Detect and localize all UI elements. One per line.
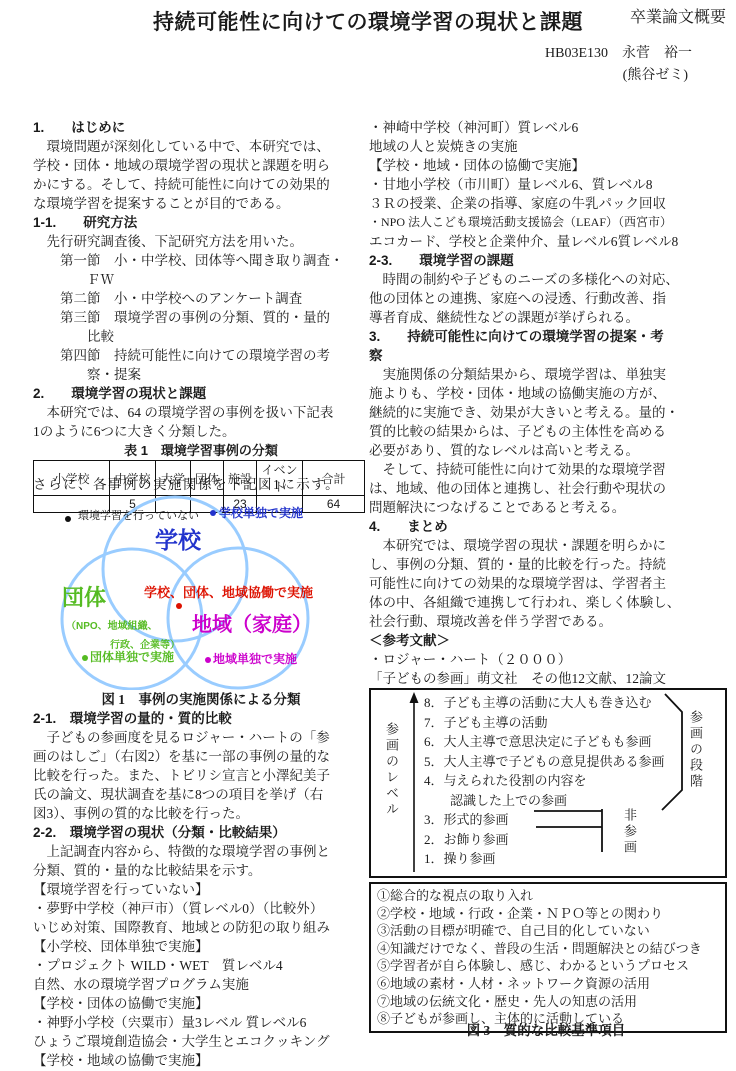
text-line: 上記調査内容から、特徴的な環境学習の事例と — [33, 842, 369, 861]
text-line: 画のはしご」（右図2）を基に一部の事例の量的な — [33, 747, 369, 766]
text-line: 時間の制約や子どものニーズの多様化への対応、 — [369, 270, 729, 289]
text-line: 第三節 環境学習の事例の分類、質的・量的 — [33, 308, 369, 327]
right-column: ・神崎中学校（神河町）質レベル6地域の人と炭焼きの実施【学校・地域・団体の協働で… — [369, 118, 729, 1040]
text-line: 4．与えられた役割の内容を — [424, 771, 665, 791]
region-only-dot-marker — [205, 657, 211, 663]
figure1-caption: 図 1 事例の実施関係による分類 — [33, 690, 369, 709]
text-line: ⑥地域の素材・人材・ネットワーク資源の活用 — [377, 975, 719, 993]
text-line: 地域の人と炭焼きの実施 — [369, 137, 729, 156]
group-only-dot-marker — [82, 655, 88, 661]
venn-label-group: 団体 — [62, 587, 106, 609]
text-line: ⑤学習者が自ら体験し、感じ、わかるというプロセス — [377, 957, 719, 975]
text-line: 学校・団体・地域の環境学習の現状と課題を明ら — [33, 156, 369, 175]
text-line: そして、持続可能性に向けて効果的な環境学習 — [369, 460, 729, 479]
seminar-line: (熊谷ゼミ) — [623, 64, 688, 84]
text-line: 【小学校、団体単独で実施】 — [33, 937, 369, 956]
text-line: 可能性に向けての効果的な環境学習は、学習者主 — [369, 574, 729, 593]
text-line: 問題解決につなげることであると考える。 — [369, 498, 729, 517]
text-line: ・甘地小学校（市川町）量レベル6、質レベル8 — [369, 175, 729, 194]
venn-label-none: 環境学習を行っていない — [78, 511, 199, 522]
venn-label-school-only: 学校単独で実施 — [219, 507, 303, 519]
text-line: 「子どもの参画」萌文社 その他12文献、12論文 — [369, 669, 729, 688]
text-line: 氏の論文、現状調査を基に8つの項目を挙げ（右 — [33, 785, 369, 804]
text-line: は、地域、他の団体と連携し、社会行動や現状の — [369, 479, 729, 498]
text-line: 察 — [369, 346, 729, 365]
text-line: 【学校・団体の協働で実施】 — [33, 994, 369, 1013]
document-page: 卒業論文概要 持続可能性に向けての環境学習の現状と課題 HB03E130 永菅 … — [0, 0, 736, 1071]
text-line: 質的比較の結果からは、子どもの主体性を高める — [369, 422, 729, 441]
left-column: 1. はじめに 環境問題が深刻化している中で、本研究では、学校・団体・地域の環境… — [33, 118, 369, 1070]
text-line: かにする。そして、持続可能性に向けての効果的 — [33, 175, 369, 194]
left-text-block-1: 1. はじめに 環境問題が深刻化している中で、本研究では、学校・団体・地域の環境… — [33, 118, 369, 441]
figure3-criteria-box: ①総合的な視点の取り入れ②学校・地域・行政・企業・ＮＰＯ等との関わり③活動の目標… — [369, 882, 727, 1033]
text-line: ③活動の目標が明確で、自己目的化していない — [377, 922, 719, 940]
text-line: ・神崎中学校（神河町）質レベル6 — [369, 118, 729, 137]
up-arrow-icon — [410, 692, 419, 703]
text-line: エコカード、学校と企業仲介、量レベル6質レベル8 — [369, 232, 729, 251]
text-line: 比較を行った。また、トビリシ宣言と小澤紀美子 — [33, 766, 369, 785]
text-line: 分類、質的・量的な比較結果を示す。 — [33, 861, 369, 880]
text-line: 社会行動、環境改善を伴う学習である。 — [369, 612, 729, 631]
figure3-criteria-items: ①総合的な視点の取り入れ②学校・地域・行政・企業・ＮＰＯ等との関わり③活動の目標… — [377, 887, 719, 1028]
text-line: 実施関係の分類結果から、環境学習は、単独実 — [369, 365, 729, 384]
text-line: 継続的に実施でき、効果が大きいと考える。量的・ — [369, 403, 729, 422]
text-line: ・プロジェクト WILD・WET 質レベル4 — [33, 956, 369, 975]
text-line: な環境学習を提案することが目的である。 — [33, 194, 369, 213]
text-line: ＦＷ — [33, 270, 369, 289]
none-dot-marker — [65, 516, 71, 522]
text-line: 【学校・地域の協働で実施】 — [33, 1051, 369, 1070]
venn-label-region: 地域（家庭） — [192, 615, 312, 635]
school-only-dot-marker — [210, 510, 216, 516]
text-line: ②学校・地域・行政・企業・ＮＰＯ等との関わり — [377, 905, 719, 923]
text-line: 体の中、各組織で連携して行われ、楽しく体験し、 — [369, 593, 729, 612]
text-line: 【学校・地域・団体の協働で実施】 — [369, 156, 729, 175]
text-line: 【環境学習を行っていない】 — [33, 880, 369, 899]
text-line: ・NPO 法人こども環境活動支援協会（LEAF）（西宮市） — [369, 213, 729, 232]
text-line: 他の団体との連携、家庭への浸透、行動改善、指 — [369, 289, 729, 308]
text-line: 2-2. 環境学習の現状（分類・比較結果） — [33, 823, 369, 842]
text-line: 1のように6つに大きく分類した。 — [33, 422, 369, 441]
text-line: ⑦地域の伝統文化・歴史・先人の知恵の活用 — [377, 993, 719, 1011]
table1: 小学校中学校大学団体施設イベント合計 52364 さらに、各事例の実施関係を下記… — [33, 460, 369, 495]
text-line: 8．子ども主導の活動に大人も巻き込む — [424, 693, 665, 713]
text-line: 子どもの参画度を見るロジャー・ハートの「参 — [33, 728, 369, 747]
text-line: 2-1. 環境学習の量的・質的比較 — [33, 709, 369, 728]
text-line: ＜参考文献＞ — [369, 631, 729, 650]
text-line: 施よりも、学校・団体・地域の協働実施の方が、 — [369, 384, 729, 403]
text-line: ・夢野中学校（神戸市）（質レベル0）（比較外） — [33, 899, 369, 918]
text-line: 自然、水の環境学習プログラム実施 — [33, 975, 369, 994]
text-line: し、事例の分類、質的・量的比較を行った。持続 — [369, 555, 729, 574]
collab-dot-marker — [176, 603, 182, 609]
text-line: 察・提案 — [33, 365, 369, 384]
venn-label-collaboration: 学校、団体、地域協働で実施 — [144, 586, 313, 599]
text-line: 1-1. 研究方法 — [33, 213, 369, 232]
text-line: 必要があり、質的なレベルは高いと考える。 — [369, 441, 729, 460]
right-text-block-1: ・神崎中学校（神河町）質レベル6地域の人と炭焼きの実施【学校・地域・団体の協働で… — [369, 118, 729, 688]
text-line: 4. まとめ — [369, 517, 729, 536]
text-line: 第一節 小・中学校、団体等へ聞き取り調査・ — [33, 251, 369, 270]
page-title: 持続可能性に向けての環境学習の現状と課題 — [0, 6, 736, 36]
text-line: 図3）、事例の質的な比較を行った。 — [33, 804, 369, 823]
text-line: 導者育成、継続性などの課題が挙げられる。 — [369, 308, 729, 327]
figure2-stage-label: 参画の段階 — [689, 710, 702, 790]
text-line: 3. 持続可能性に向けての環境学習の提案・考 — [369, 327, 729, 346]
text-line: 比較 — [33, 327, 369, 346]
text-line: ④知識だけでなく、普段の生活・問題解決との結びつき — [377, 940, 719, 958]
venn-label-school: 学校 — [155, 529, 201, 552]
text-line: 7．子ども主導の活動 — [424, 713, 665, 733]
left-text-block-2: 2-1. 環境学習の量的・質的比較 子どもの参画度を見るロジャー・ハートの「参画… — [33, 709, 369, 1070]
figure2-nonparticipation-label: 非参画 — [623, 808, 636, 856]
text-line: 2-3. 環境学習の課題 — [369, 251, 729, 270]
text-line: 6．大人主導で意思決定に子どもも参画 — [424, 732, 665, 752]
text-line: ひょうご環境創造協会・大学生とエコクッキング — [33, 1032, 369, 1051]
venn-diagram: 環境学習を行っていない 学校単独で実施 学校 学校、団体、地域協働で実施 団体 … — [33, 495, 369, 690]
text-line: 2. 環境学習の現状と課題 — [33, 384, 369, 403]
figure2-level-label: 参画のレベル — [385, 722, 398, 818]
text-line: 第二節 小・中学校へのアンケート調査 — [33, 289, 369, 308]
figure2-participation-ladder: 参画のレベル 8．子ども主導の活動に大人も巻き込む7．子ども主導の活動6．大人主… — [369, 688, 727, 878]
text-line: 先行研究調査後、下記研究方法を用いた。 — [33, 232, 369, 251]
text-line: 5．大人主導で子どもの意見提供ある参画 — [424, 752, 665, 772]
text-line: ３Ｒの授業、企業の指導、家庭の牛乳パック回収 — [369, 194, 729, 213]
text-line: 環境問題が深刻化している中で、本研究では、 — [33, 137, 369, 156]
figure3-caption: 図 3 質的な比較基準項目 — [369, 1021, 723, 1040]
text-line: ・ロジャー・ハート（２０００） — [369, 650, 729, 669]
text-line: 本研究では、64 の環境学習の事例を扱い下記表 — [33, 403, 369, 422]
author-line: HB03E130 永菅 裕一 — [545, 42, 692, 62]
venn-label-region-only: 地域単独で実施 — [213, 653, 297, 665]
venn-label-group-sub1: （NPO、地域組織、 — [66, 622, 158, 632]
overlapping-sentence: さらに、各事例の実施関係を下記図1に示す。 — [33, 473, 373, 493]
text-line: ・神野小学校（宍粟市）量3レベル 質レベル6 — [33, 1013, 369, 1032]
text-line: 1. はじめに — [33, 118, 369, 137]
table1-caption: 表 1 環境学習事例の分類 — [33, 441, 369, 460]
text-line: 本研究では、環境学習の現状・課題を明らかに — [369, 536, 729, 555]
text-line: 第四節 持続可能性に向けての環境学習の考 — [33, 346, 369, 365]
text-line: いじめ対策、国際教育、地域との防犯の取り組み — [33, 918, 369, 937]
venn-label-group-only: 団体単独で実施 — [90, 651, 174, 663]
text-line: ①総合的な視点の取り入れ — [377, 887, 719, 905]
